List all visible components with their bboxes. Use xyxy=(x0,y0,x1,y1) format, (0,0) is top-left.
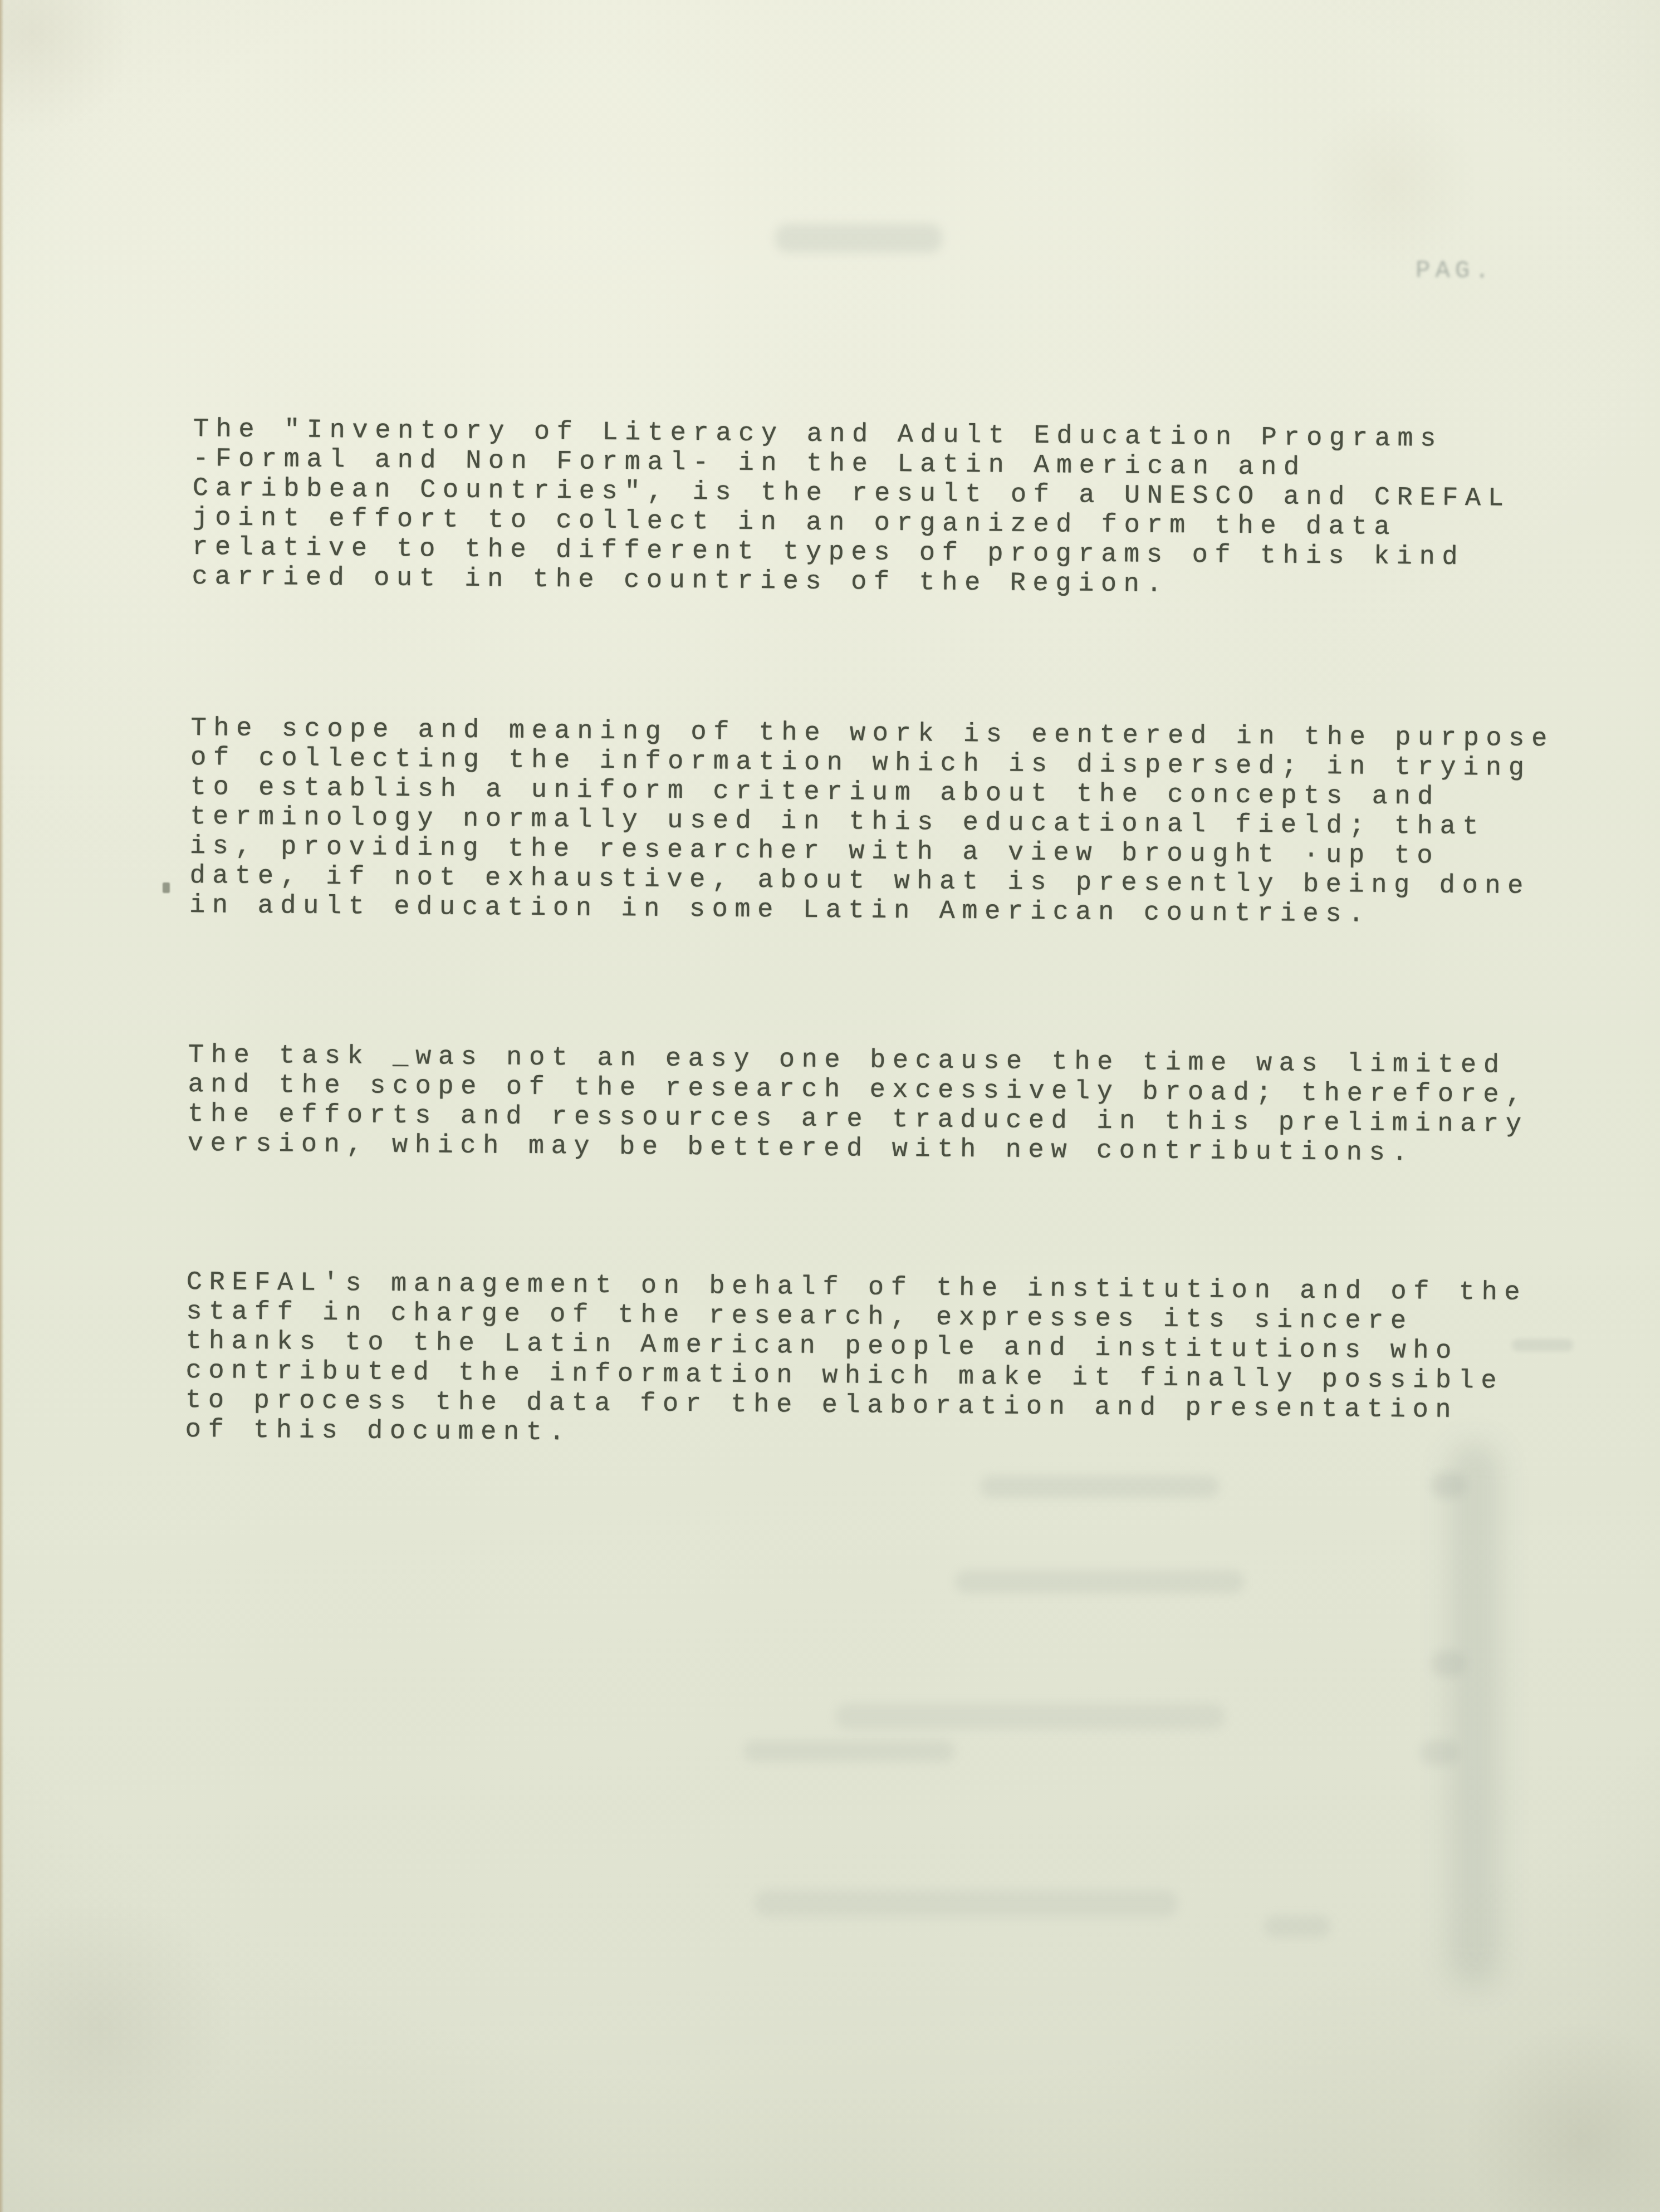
typed-text-block: The "Inventory of Literacy and Adult Edu… xyxy=(184,415,1597,1539)
ghost-smudge xyxy=(835,1704,1225,1729)
paragraph-3: The task _was not an easy one because th… xyxy=(188,1041,1529,1169)
stray-ink-mark xyxy=(163,882,170,893)
ghost-smudge xyxy=(775,224,942,253)
ghost-smudge xyxy=(755,1890,1178,1917)
paper-left-edge xyxy=(0,0,4,2212)
ghost-smudge xyxy=(743,1740,955,1762)
paper-page: PAG. The "Inventory of Literacy and Adul… xyxy=(0,0,1660,2212)
ghost-smudge xyxy=(1264,1915,1331,1938)
paragraph-1: The "Inventory of Literacy and Adult Edu… xyxy=(192,415,1511,602)
ghost-smudge xyxy=(955,1570,1245,1593)
paragraph-4: CREFAL's management on behalf of the ins… xyxy=(185,1268,1527,1455)
paragraph-2: The scope and meaning of the work is een… xyxy=(189,714,1554,931)
ghost-page-header: PAG. xyxy=(1416,257,1495,285)
